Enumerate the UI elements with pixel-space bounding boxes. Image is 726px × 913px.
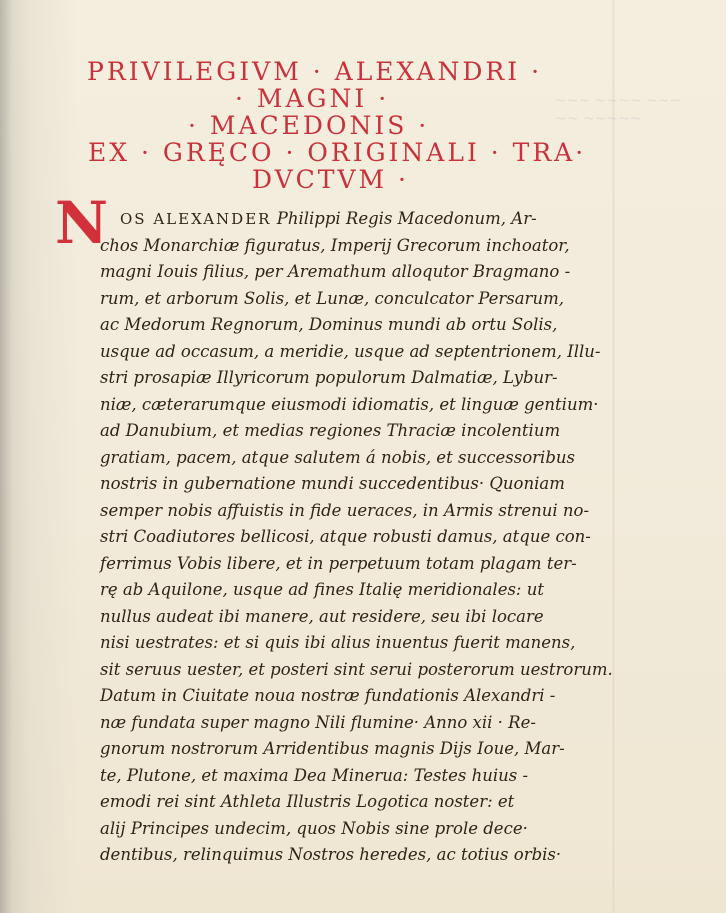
body-text: OS ALEXANDER Philippi Regis Macedonum, A… [100,206,640,869]
text-line: rę ab Aquilone, usque ad fines Italię me… [100,577,640,604]
text-line: emodi rei sint Athleta Illustris Logotic… [100,789,640,816]
manuscript-page: ~~~ ~~~~ ~~~~~ ~~~~~ PRIVILEGIVM · ALEXA… [0,0,726,913]
text-line: rum, et arborum Solis, et Lunæ, conculca… [100,286,640,313]
text-line: alij Principes undecim, quos Nobis sine … [100,816,640,843]
text-line: ad Danubium, et medias regiones Thraciæ … [100,418,640,445]
text-line: ac Medorum Regnorum, Dominus mundi ab or… [100,312,640,339]
text-line-rest: Philippi Regis Macedonum, Ar- [271,209,536,228]
text-line: niæ, cæterarumque eiusmodi idiomatis, et… [100,392,640,419]
text-line: næ fundata super magno Nili flumine· Ann… [100,710,640,737]
first-line-caps: OS ALEXANDER [120,210,271,228]
text-line: nullus audeat ibi manere, aut residere, … [100,604,640,631]
title-line: EX · GRĘCO · ORIGINALI · TRA· [70,139,630,166]
title-line: · MAGNI · [70,85,630,112]
text-line: gratiam, pacem, atque salutem á nobis, e… [100,445,640,472]
text-line: chos Monarchiæ figuratus, Imperij Grecor… [100,233,640,260]
text-line: gnorum nostrorum Arridentibus magnis Dij… [100,736,640,763]
text-line: dentibus, relinquimus Nostros heredes, a… [100,842,640,869]
text-line: ferrimus Vobis libere, et in perpetuum t… [100,551,640,578]
text-line: semper nobis affuistis in fide ueraces, … [100,498,640,525]
text-line: te, Plutone, et maxima Dea Minerua: Test… [100,763,640,790]
title-line: PRIVILEGIVM · ALEXANDRI · [70,58,630,85]
text-line: OS ALEXANDER Philippi Regis Macedonum, A… [100,206,640,233]
title-line: DVCTVM · [70,166,630,193]
title-line: · MACEDONIS · [70,112,630,139]
text-line: nostris in gubernatione mundi succedenti… [100,471,640,498]
text-line: stri Coadiutores bellicosi, atque robust… [100,524,640,551]
page-gutter-shadow [0,0,12,913]
text-line: stri prosapiæ Illyricorum populorum Dalm… [100,365,640,392]
text-line: sit seruus uester, et posteri sint serui… [100,657,640,684]
text-line: Datum in Ciuitate noua nostræ fundationi… [100,683,640,710]
text-line: nisi uestrates: et si quis ibi alius inu… [100,630,640,657]
text-line: usque ad occasum, a meridie, usque ad se… [100,339,640,366]
text-line: magni Iouis filius, per Aremathum alloqu… [100,259,640,286]
rubric-title: PRIVILEGIVM · ALEXANDRI · · MAGNI · · MA… [70,58,630,193]
